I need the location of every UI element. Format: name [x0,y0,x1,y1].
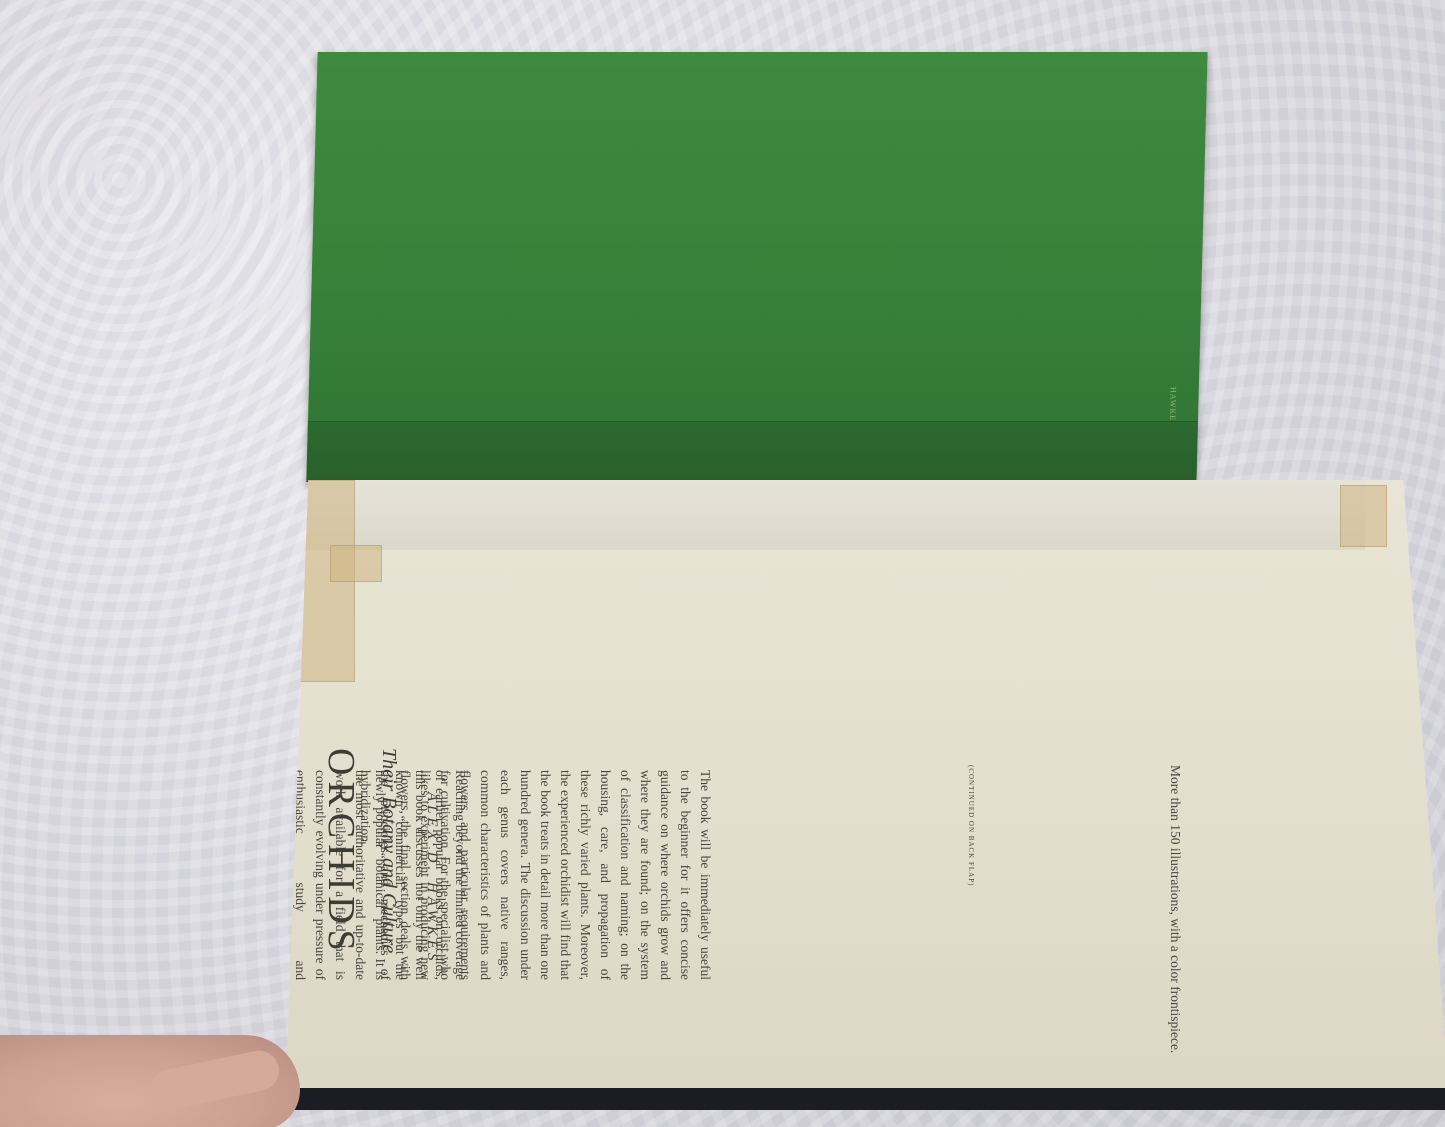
continued-note: (Continued on back flap) [967,765,975,886]
tape-strip-right [1340,485,1387,547]
flap-paragraph-2: The book will be immediately useful to t… [355,770,715,980]
spine-title: HAWKES ORCHIDS [1167,387,1178,472]
jacket-dark-edge [285,1088,1445,1110]
tape-strip-corner [330,545,382,582]
dust-jacket: ORCHIDS Their Botany and Culture ALEX D.… [285,480,1445,1110]
green-book-cover: HAWKES ORCHIDS [306,52,1207,482]
jacket-inner-fold [305,480,1365,550]
illustrations-note: More than 150 illustrations, with a colo… [1165,765,1185,1065]
